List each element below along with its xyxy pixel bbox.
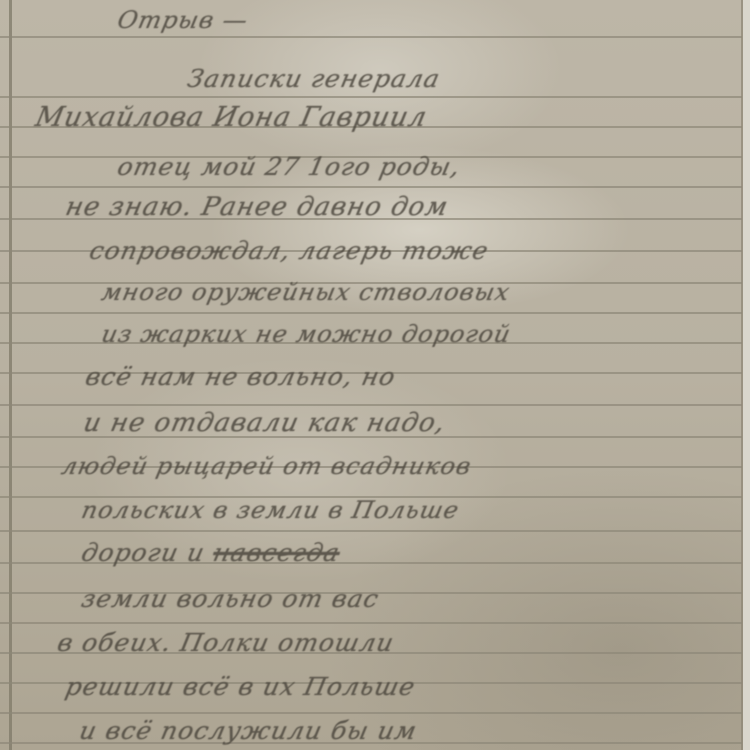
text-line: не знаю. Ранее давно дом [63, 192, 451, 222]
text-line: людей рыцарей от всадников [59, 452, 474, 480]
text-line: земли вольно от вас [79, 584, 382, 613]
ruled-line [0, 36, 742, 38]
text-line: и не отдавали как надо, [81, 408, 449, 438]
ruled-line [0, 312, 742, 314]
text-line: дороги и навсегда [79, 538, 343, 567]
ruled-line [0, 622, 742, 624]
text-line: решили всё в их Польше [63, 672, 419, 701]
struck-text: навсегда [211, 538, 343, 567]
ruled-line [0, 96, 742, 98]
manuscript-page: Отрыв — Записки генерала Михайлова Иона … [0, 0, 750, 750]
left-margin-line [9, 0, 12, 750]
page-edge [743, 0, 750, 750]
ruled-line [0, 404, 742, 406]
text-line: Михайлова Иона Гавриил [33, 102, 430, 133]
text-line: много оружейных стволовых [99, 278, 513, 306]
text-line: Записки генерала [185, 64, 443, 93]
text-line: в обеих. Полки отошли [55, 628, 397, 657]
text-line: из жарких не можно дорогой [99, 320, 514, 348]
text-line: всё нам не вольно, но [83, 362, 399, 391]
text-line: польских в земли в Польше [79, 496, 462, 524]
text-line: сопровождал, лагерь тоже [87, 236, 492, 265]
text-line: Отрыв — [115, 6, 251, 34]
text-line: и всё послужили бы им [77, 716, 420, 745]
ruled-line [0, 530, 742, 532]
text-line: отец мой 27 1ого роды, [115, 152, 463, 181]
ruled-line [0, 186, 742, 188]
ruled-line [0, 712, 742, 714]
